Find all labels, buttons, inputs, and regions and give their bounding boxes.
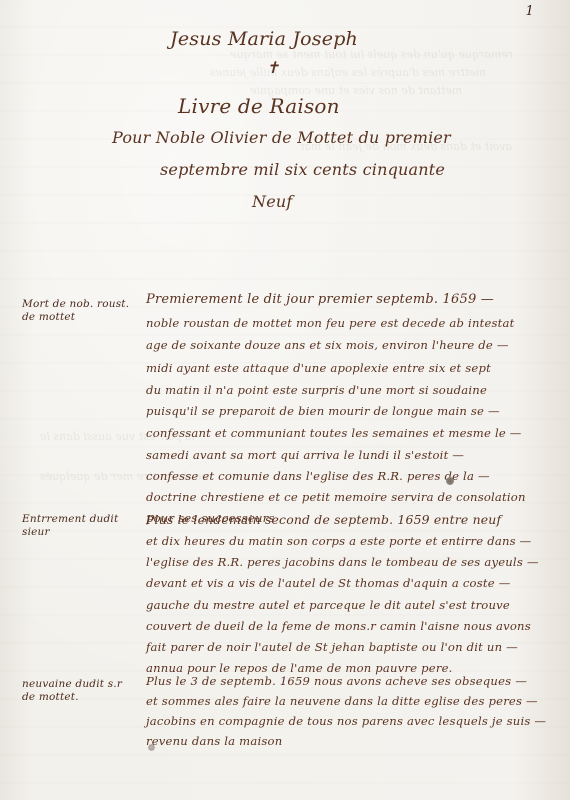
entry-line: samedi avant sa mort qui arriva le lundi…: [146, 448, 464, 462]
heading-line: Pour Noble Olivier de Mottet du premier: [112, 128, 451, 147]
entry-line: Plus le 3 de septemb. 1659 nous avons ac…: [146, 674, 527, 688]
heading-line: Neuf: [252, 192, 293, 211]
entry-line: couvert de dueil de la feme de mons.r ca…: [146, 619, 531, 633]
entry-line: midi ayant este attaque d'une apoplexie …: [146, 361, 491, 375]
entry-line: jacobins en compagnie de tous nos parens…: [146, 714, 546, 728]
margin-note: neuvaine dudit s.r de mottet.: [22, 678, 132, 704]
entry-line: doctrine chrestiene et ce petit memoire …: [146, 490, 526, 504]
heading-line: septembre mil six cents cinquante: [160, 160, 445, 179]
entry-line: et sommes ales faire la neuvene dans la …: [146, 694, 538, 708]
bleed-through-text: mettre mes d'auprès les enfans deux mill…: [210, 66, 486, 79]
entry-line: revenu dans la maison: [146, 734, 282, 748]
entry-line: l'eglise des R.R. peres jacobins dans le…: [146, 555, 539, 569]
cross-icon: ✝: [266, 58, 280, 77]
entry-line: annua pour le repos de l'ame de mon pauv…: [146, 661, 453, 675]
book-title: Livre de Raison: [178, 94, 340, 118]
entry-line: age de soixante douze ans et six mois, e…: [146, 338, 509, 352]
invocation: Jesus Maria Joseph: [170, 28, 358, 50]
entry-line: confessant et communiant toutes les sema…: [146, 426, 522, 440]
entry-line: gauche du mestre autel et parceque le di…: [146, 598, 510, 612]
entry-line: puisqu'il se preparoit de bien mourir de…: [146, 404, 500, 418]
entry-line: Plus le lendemain second de septemb. 165…: [146, 512, 501, 527]
margin-note: Entrrement dudit sieur: [22, 513, 132, 539]
entry-line: noble roustan de mottet mon feu pere est…: [146, 316, 515, 330]
margin-note: Mort de nob. roust. de mottet: [22, 298, 132, 324]
entry-line: du matin il n'a point este surpris d'une…: [146, 383, 487, 397]
manuscript-page: remarque qu'un des quels lui tout ment s…: [0, 0, 570, 800]
entry-line: Premierement le dit jour premier septemb…: [146, 292, 494, 307]
ink-blot: [446, 477, 454, 485]
entry-line: et dix heures du matin son corps a este …: [146, 534, 531, 548]
ink-blot: [148, 744, 155, 751]
entry-line: fait parer de noir l'autel de St jehan b…: [146, 640, 518, 654]
folio-number: 1: [526, 4, 534, 19]
entry-line: confesse et comunie dans l'eglise des R.…: [146, 469, 490, 483]
entry-line: devant et vis a vis de l'autel de St tho…: [146, 576, 511, 590]
